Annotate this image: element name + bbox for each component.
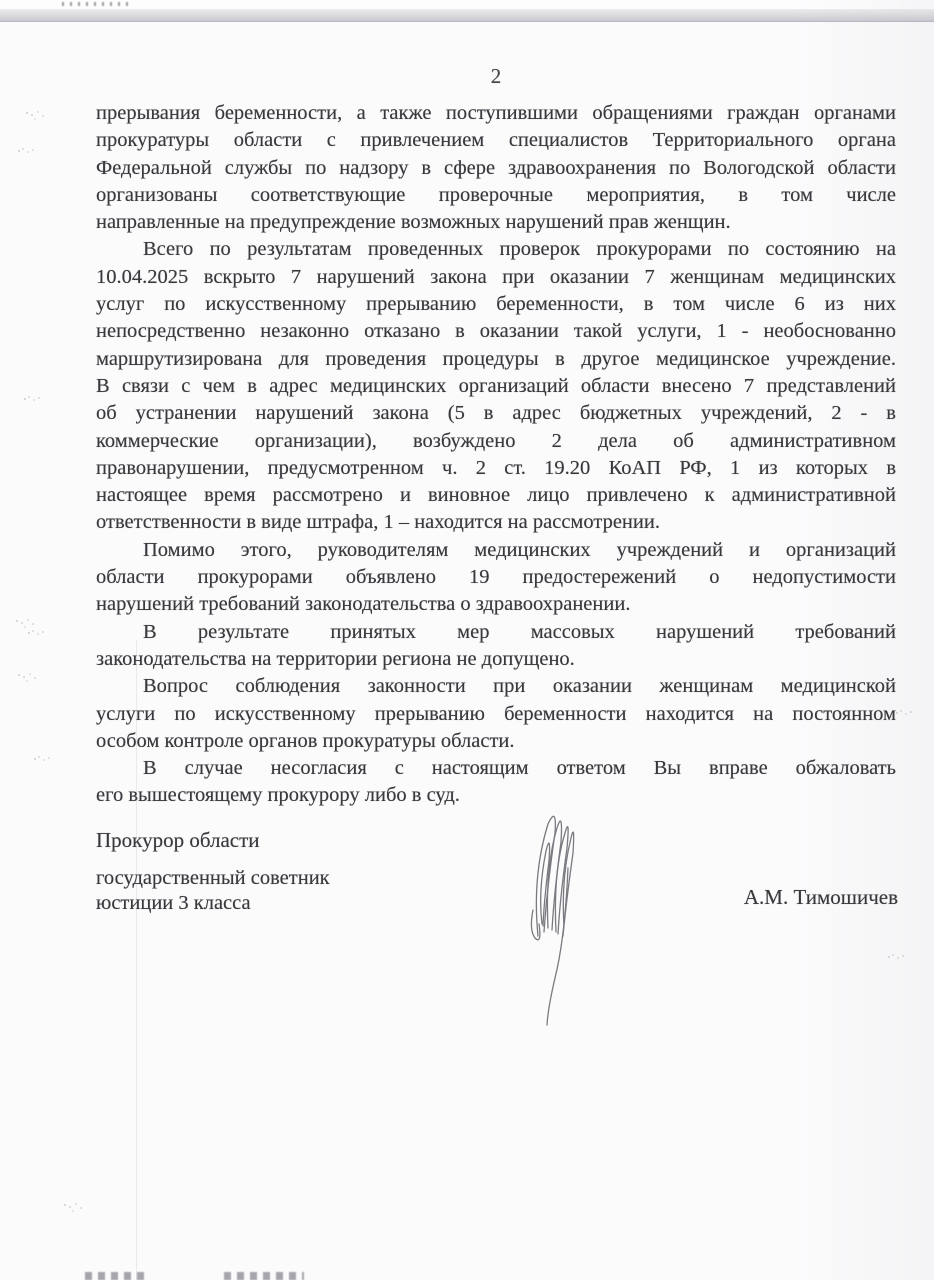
text-line: прокуратуры области с привлечением специ… bbox=[96, 127, 896, 154]
scan-speck-artifact bbox=[16, 620, 18, 622]
scan-speck-artifact bbox=[28, 632, 30, 634]
text-line: правонарушении, предусмотренном ч. 2 ст.… bbox=[96, 455, 896, 482]
signature-scribble bbox=[478, 806, 623, 1036]
text-line: В связи с чем в адрес медицинских органи… bbox=[96, 373, 896, 400]
text-line: Всего по результатам проведенных проверо… bbox=[96, 236, 896, 263]
scan-speck-artifact bbox=[24, 398, 26, 400]
text-line: Федеральной службы по надзору в сфере зд… bbox=[96, 155, 896, 182]
text-line: услуг по искусственному прерыванию берем… bbox=[96, 291, 896, 318]
text-line: особом контроле органов прокуратуры обла… bbox=[96, 728, 896, 755]
scan-speck-artifact bbox=[62, 2, 134, 6]
document-page: 2 прерывания беременности, а также посту… bbox=[0, 0, 934, 1280]
scan-speck-artifact bbox=[64, 1204, 66, 1206]
text-line: области прокурорами объявлено 19 предост… bbox=[96, 564, 896, 591]
text-line: об устранении нарушений закона (5 в адре… bbox=[96, 400, 896, 427]
text-line: нарушений требований законодательства о … bbox=[96, 591, 896, 618]
scan-speck-artifact bbox=[26, 112, 28, 114]
text-line: настоящее время рассмотрено и виновное л… bbox=[96, 482, 896, 509]
text-line: Вопрос соблюдения законности при оказани… bbox=[96, 673, 896, 700]
scan-line-artifact bbox=[136, 640, 137, 1280]
text-line: направленные на предупреждение возможных… bbox=[96, 209, 896, 236]
document-body: прерывания беременности, а также поступи… bbox=[96, 100, 896, 810]
scan-edge-artifact bbox=[0, 0, 934, 9]
text-line: ответственности в виде штрафа, 1 – наход… bbox=[96, 509, 896, 536]
signer-rank-line2: юстиции 3 класса bbox=[96, 891, 330, 916]
signer-rank: государственный советник юстиции 3 класс… bbox=[96, 866, 330, 915]
cutoff-footer-fragment bbox=[85, 1272, 145, 1280]
cutoff-footer-fragment bbox=[224, 1272, 304, 1280]
scan-speck-artifact bbox=[34, 758, 36, 760]
text-line: маршрутизирована для проведения процедур… bbox=[96, 346, 896, 373]
scan-speck-artifact bbox=[888, 956, 890, 958]
text-line: непосредственно незаконно отказано в ока… bbox=[96, 318, 896, 345]
text-line: В случае несогласия с настоящим ответом … bbox=[96, 755, 896, 782]
scan-speck-artifact bbox=[18, 150, 20, 152]
scan-band-artifact bbox=[0, 9, 934, 22]
text-line: Помимо этого, руководителям медицинских … bbox=[96, 537, 896, 564]
signer-position: Прокурор области bbox=[96, 828, 260, 853]
text-line: организованы соответствующие проверочные… bbox=[96, 182, 896, 209]
scan-speck-artifact bbox=[896, 712, 898, 714]
page-number: 2 bbox=[96, 64, 896, 89]
text-line: коммерческие организации), возбуждено 2 … bbox=[96, 428, 896, 455]
scan-speck-artifact bbox=[18, 674, 20, 676]
text-line: прерывания беременности, а также поступи… bbox=[96, 100, 896, 127]
text-line: 10.04.2025 вскрыто 7 нарушений закона пр… bbox=[96, 264, 896, 291]
text-line: услуги по искусственному прерыванию бере… bbox=[96, 701, 896, 728]
signer-name: А.М. Тимошичев bbox=[744, 885, 898, 910]
signer-rank-line1: государственный советник bbox=[96, 866, 330, 891]
text-line: В результате принятых мер массовых наруш… bbox=[96, 619, 896, 646]
text-line: законодательства на территории региона н… bbox=[96, 646, 896, 673]
